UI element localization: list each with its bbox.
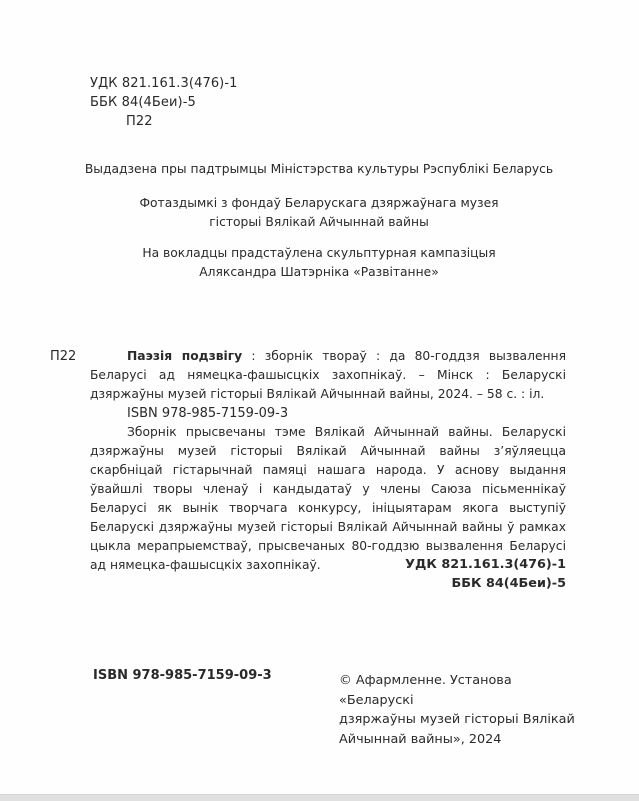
isbn-footer: ISBN 978-985-7159-09-3 bbox=[93, 666, 272, 685]
page-bottom-edge bbox=[0, 794, 639, 801]
copyright-notice: © Афармленне. Установа «Беларускі дзяржа… bbox=[339, 671, 579, 749]
catalog-card: Паэзія подзвігу : зборнік твораў : да 80… bbox=[90, 347, 566, 575]
copyright-line-1: © Афармленне. Установа «Беларускі bbox=[339, 671, 579, 710]
bbk-code: ББК 84(4Беи)-5 bbox=[90, 93, 238, 112]
book-imprint-page: УДК 821.161.3(476)-1 ББК 84(4Беи)-5 П22 … bbox=[0, 0, 639, 794]
copyright-line-2: дзяржаўны музей гісторыі Вялікай bbox=[339, 710, 579, 730]
photo-credit-line-1: Фотаздымкі з фондаў Беларускага дзяржаўн… bbox=[60, 194, 578, 213]
photo-credit-line-2: гісторыі Вялікай Айчыннай вайны bbox=[60, 213, 578, 232]
support-note: Выдадзена пры падтрымцы Міністэрства кул… bbox=[60, 160, 578, 179]
classification-codes-right: УДК 821.161.3(476)-1 ББК 84(4Беи)-5 bbox=[405, 555, 566, 593]
annotation: Зборнік прысвечаны тэме Вялікай Айчыннай… bbox=[90, 423, 566, 575]
udk-code: УДК 821.161.3(476)-1 bbox=[90, 74, 238, 93]
catalog-author-sign: П22 bbox=[50, 347, 76, 366]
book-title: Паэзія подзвігу bbox=[127, 349, 242, 363]
classification-codes-top: УДК 821.161.3(476)-1 ББК 84(4Беи)-5 П22 bbox=[90, 74, 238, 131]
udk-code-bold: УДК 821.161.3(476)-1 bbox=[405, 555, 566, 574]
author-sign: П22 bbox=[90, 112, 238, 131]
bibliographic-description: Паэзія подзвігу : зборнік твораў : да 80… bbox=[90, 347, 566, 404]
photo-credit-note: Фотаздымкі з фондаў Беларускага дзяржаўн… bbox=[60, 194, 578, 232]
cover-note-line-1: На вокладцы прадстаўлена скульптурная ка… bbox=[60, 244, 578, 263]
catalog-isbn: ISBN 978-985-7159-09-3 bbox=[90, 404, 566, 423]
cover-note-line-2: Аляксандра Шатэрніка «Развітанне» bbox=[60, 263, 578, 282]
cover-note: На вокладцы прадстаўлена скульптурная ка… bbox=[60, 244, 578, 282]
copyright-line-3: Айчыннай вайны», 2024 bbox=[339, 730, 579, 750]
bbk-code-bold: ББК 84(4Беи)-5 bbox=[405, 574, 566, 593]
